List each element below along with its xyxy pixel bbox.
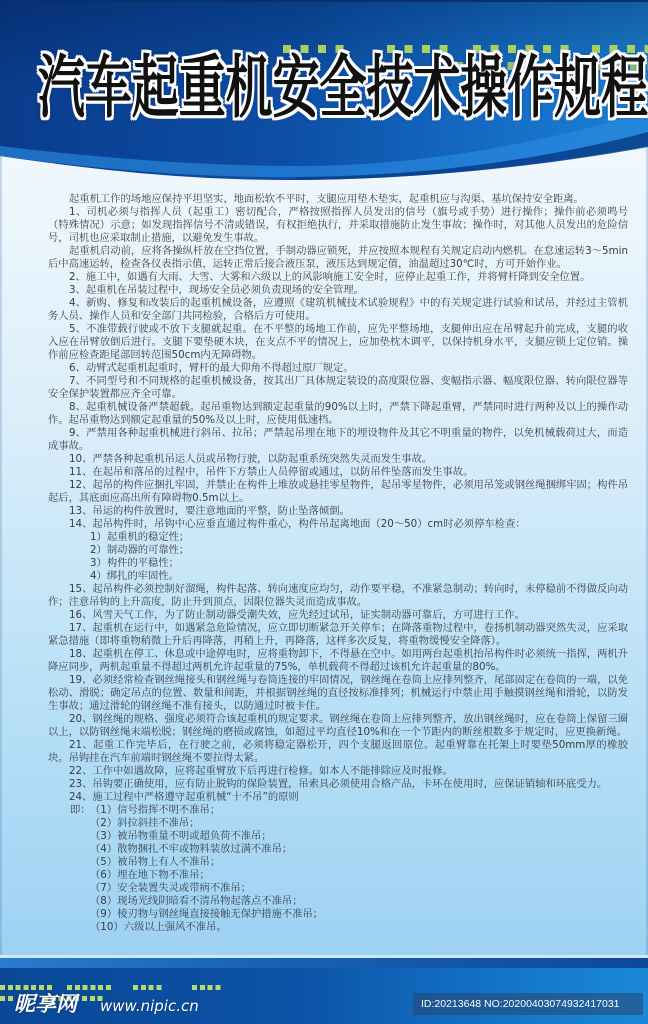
inspection-checklist: 1）起重机的稳定性； 2）制动器的可靠性； 3）构件的平稳性； 4）绑扎的牢固性…	[48, 531, 628, 583]
dot-pattern	[67, 985, 111, 990]
poster: 汽车起重机安全技术操作规程 起重机工作的场地应保持平坦坚实，地面松软不平时，支腿…	[0, 0, 648, 1024]
regulation-body: 起重机工作的场地应保持平坦坚实，地面松软不平时，支腿应用垫木垫实，起重机应与沟渠…	[48, 193, 628, 934]
ten-no-lift-item: （10）六级以上强风不准吊。	[90, 921, 323, 934]
rule-item-22: 22、工作中如遇故障，应将起重臂放下后再进行检修。如本人不能排除应及时报修。	[48, 765, 628, 778]
dot-pattern	[192, 985, 221, 990]
rule-item-4: 4、新购、修复和改装后的起重机械设备，应遵照《建筑机械技术试验规程》中的有关规定…	[48, 297, 628, 323]
page-title: 汽车起重机安全技术操作规程	[38, 52, 648, 124]
dot-pattern	[0, 996, 13, 1001]
rule-item-20: 20、钢丝绳的规格、强度必须符合该起重机的规定要求。钢丝绳在卷筒上应排列整齐，放…	[48, 713, 628, 739]
intro-paragraph: 起重机工作的场地应保持平坦坚实，地面松软不平时，支腿应用垫木垫实，起重机应与沟渠…	[48, 193, 628, 206]
dot-pattern	[0, 985, 52, 990]
ten-no-lift-items: （1）信号指挥不明不准吊； （2）斜拉斜挂不准吊； （3）被吊物重量不明或超负荷…	[90, 804, 323, 934]
rule-item-23: 23、吊钩要正确使用，应有防止脱钩的保险装置，吊索具必须使用合格产品，卡环在使用…	[48, 778, 628, 791]
rule-item-9: 9、严禁用各种起重机械进行斜吊、拉吊；严禁起吊埋在地下的埋设物件及其它不明重量的…	[48, 427, 628, 453]
watermark-url: www.nipic.cn	[100, 996, 199, 1016]
rule-item-24: 24、施工过程中严格遵守起重机械“十不吊”的原则	[48, 791, 628, 804]
ten-no-lift-item: （7）安全装置失灵或带病不准吊；	[90, 882, 323, 895]
image-id-label: ID:20213648 NO:20200403074932417031	[413, 993, 643, 1015]
rule-item-16: 16、风雪天气工作，为了防止制动器受潮失效，应先经过试吊，证实制动器可靠后，方可…	[48, 609, 628, 622]
rule-item-21: 21、起重工作完毕后，在行驶之前，必须将稳定器松开，四个支腿返回原位。起重臂靠在…	[48, 739, 628, 765]
rule-item-3: 3、起重机在吊装过程中，现场安全员必须负责现场的安全管理。	[48, 284, 628, 297]
inspection-item: 1）起重机的稳定性；	[90, 531, 628, 544]
page-title-wrap: 汽车起重机安全技术操作规程	[38, 52, 648, 128]
rule-item-12: 12、起吊的构件应捆扎牢固，并禁止在构件上堆放或悬挂零星物件，起吊零星物件，必须…	[48, 479, 628, 505]
rule-item-14: 14、起吊构件时，吊钩中心应垂直通过构件重心，构件吊起离地面（20～50）cm时…	[48, 518, 628, 531]
rule-item-18: 18、起重机在停工、休息或中途停电时，应将重物卸下，不得悬在空中。如用两台起重机…	[48, 648, 628, 674]
rule-item-8: 8、起重机械设备严禁超载。起吊重物达到额定起重量的90%以上时，严禁下降起重臂，…	[48, 401, 628, 427]
rule-item-13: 13、吊运的构件放置时，要注意地面的平整，防止坠落倾倒。	[48, 505, 628, 518]
inspection-item: 3）构件的平稳性；	[90, 557, 628, 570]
rule-item-1: 1、司机必须与指挥人员（起重工）密切配合，严格按照指挥人员发出的信号（旗号或手势…	[48, 206, 628, 245]
inspection-item: 4）绑扎的牢固性。	[90, 570, 628, 583]
ten-no-lift-item: （8）现场光线阴暗看不清吊物起落点不准吊；	[90, 895, 323, 908]
rule-item-15: 15、起吊构件必须控制好溜绳，构件起落、转向速度应均匀，动作要平稳，不准紧急制动…	[48, 583, 628, 609]
ten-no-lift-item: （4）散物捆扎不牢或物料装放过满不准吊；	[90, 843, 323, 856]
rule-item-11: 11、在起吊和落吊的过程中，吊件下方禁止人员停留或通过，以防吊件坠落而发生事故。	[48, 466, 628, 479]
watermark-logo: 昵享网	[14, 991, 77, 1017]
rule-item-10: 10、严禁各种起重机吊运人员或吊物行驶，以防起重系统突然失灵而发生事故。	[48, 453, 628, 466]
startup-paragraph: 起重机启动前，应将各操纵杆放在空挡位置，手制动器应锁死，并应按照本规程有关规定启…	[48, 245, 628, 271]
footer-stripe	[0, 958, 648, 968]
dot-pattern	[133, 985, 162, 990]
header-banner: 汽车起重机安全技术操作规程	[0, 0, 648, 190]
ten-no-lift-list: 即： （1）信号指挥不明不准吊； （2）斜拉斜挂不准吊； （3）被吊物重量不明或…	[70, 804, 628, 934]
footer-band: 昵享网 www.nipic.cn ID:20213648 NO:20200403…	[0, 955, 648, 1024]
ten-no-lift-item: （9）棱刃物与钢丝绳直接接触无保护措施不准吊；	[90, 908, 323, 921]
ten-no-lift-item: （3）被吊物重量不明或超负荷不准吊；	[90, 830, 323, 843]
ten-no-lift-item: （1）信号指挥不明不准吊；	[90, 804, 323, 817]
rule-item-5: 5、不准带载行驶或不放下支腿就起重。在不平整的场地工作前，应先平整场地，支腿伸出…	[48, 323, 628, 362]
ten-no-lift-item: （6）埋在地下物不准吊；	[90, 869, 323, 882]
rule-item-6: 6、动臂式起重机起重时，臂杆的最大仰角不得超过原厂规定。	[48, 362, 628, 375]
ten-no-lift-item: （2）斜拉斜挂不准吊；	[90, 817, 323, 830]
ten-no-lift-item: （5）被吊物上有人不准吊；	[90, 856, 323, 869]
rule-item-19: 19、必须经常检查钢丝绳接头和钢丝绳与卷筒连接的牢固情况，钢丝绳在卷筒上应排列整…	[48, 674, 628, 713]
inspection-item: 2）制动器的可靠性；	[90, 544, 628, 557]
ten-no-lift-intro: 即：	[70, 804, 90, 934]
rule-item-2: 2、施工中，如遇有大雨、大雪、大雾和六级以上的风影响施工安全时，应停止起重工作，…	[48, 271, 628, 284]
rule-item-17: 17、起重机在运行中，如遇紧急危险情况，应立即切断紧急开关停车；在降落重物过程中…	[48, 622, 628, 648]
rule-item-7: 7、不同型号和不同规格的起重机械设备，按其出厂具体规定装设的高度限位器、变幅指示…	[48, 375, 628, 401]
